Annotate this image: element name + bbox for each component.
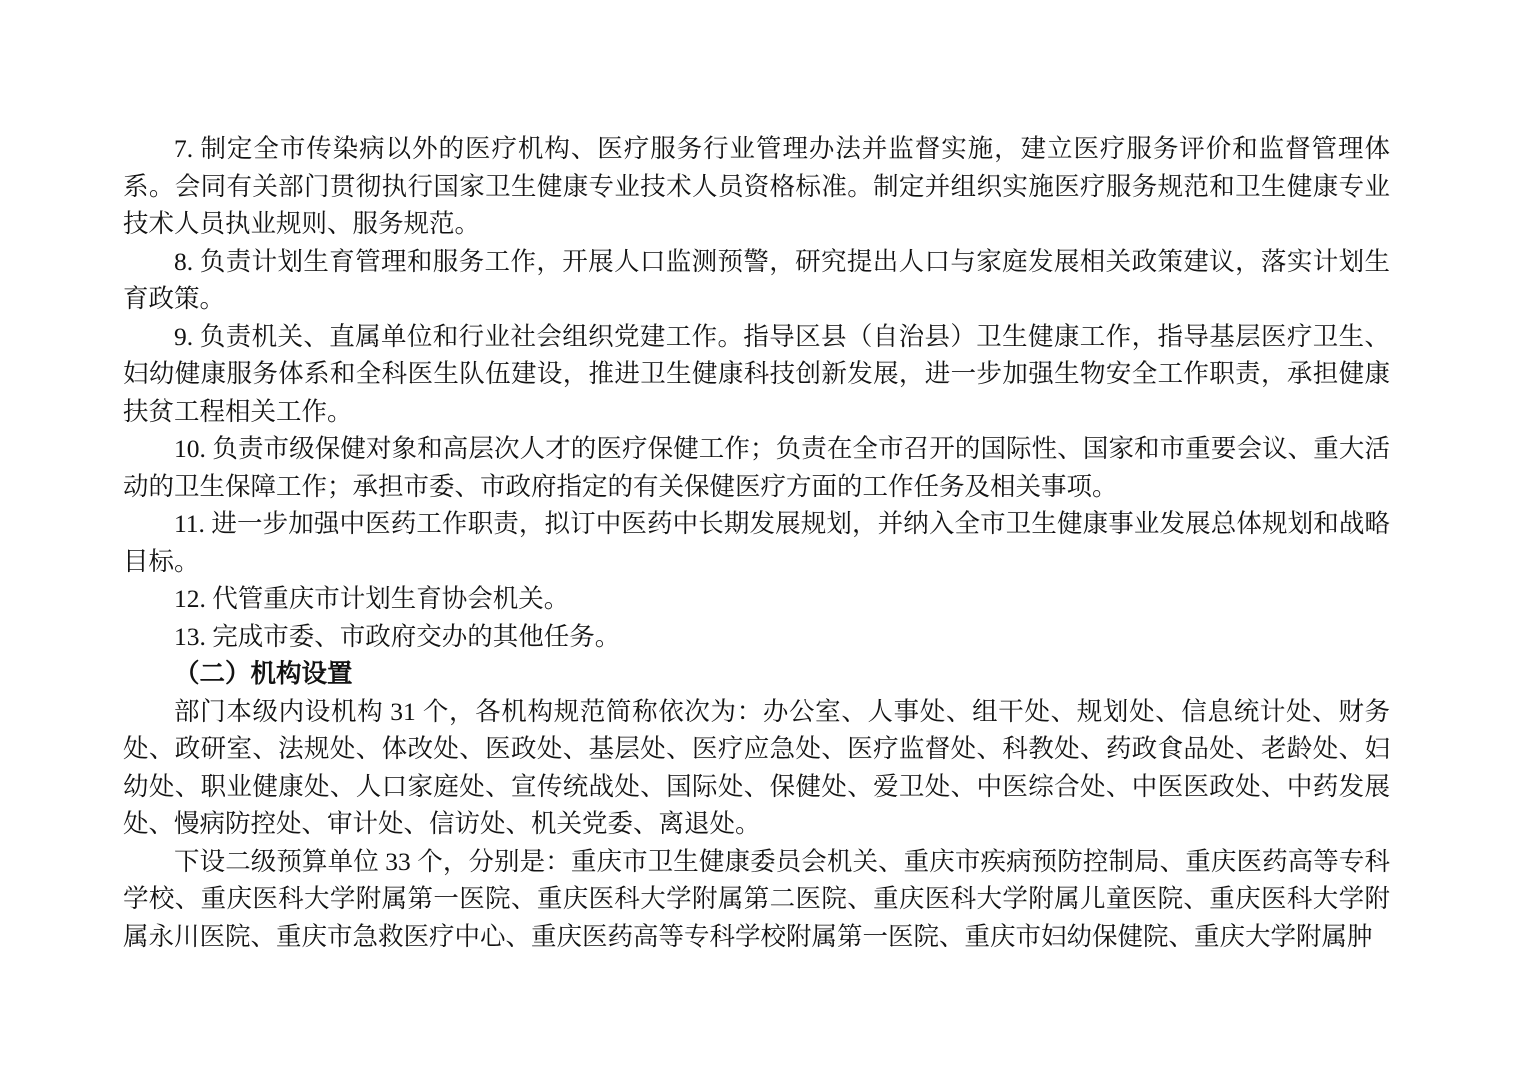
section-heading: （二）机构设置 xyxy=(123,655,1390,693)
body-paragraph: 下设二级预算单位 33 个，分别是：重庆市卫生健康委员会机关、重庆市疾病预防控制… xyxy=(123,843,1390,956)
body-paragraph: 11. 进一步加强中医药工作职责，拟订中医药中长期发展规划，并纳入全市卫生健康事… xyxy=(123,505,1390,580)
document-body: 7. 制定全市传染病以外的医疗机构、医疗服务行业管理办法并监督实施，建立医疗服务… xyxy=(123,130,1390,955)
body-paragraph: 12. 代管重庆市计划生育协会机关。 xyxy=(123,580,1390,618)
body-paragraph: 7. 制定全市传染病以外的医疗机构、医疗服务行业管理办法并监督实施，建立医疗服务… xyxy=(123,130,1390,243)
body-paragraph: 9. 负责机关、直属单位和行业社会组织党建工作。指导区县（自治县）卫生健康工作，… xyxy=(123,318,1390,431)
document-page: 7. 制定全市传染病以外的医疗机构、医疗服务行业管理办法并监督实施，建立医疗服务… xyxy=(0,0,1520,1074)
body-paragraph: 10. 负责市级保健对象和高层次人才的医疗保健工作；负责在全市召开的国际性、国家… xyxy=(123,430,1390,505)
body-paragraph: 部门本级内设机构 31 个，各机构规范简称依次为：办公室、人事处、组干处、规划处… xyxy=(123,693,1390,843)
body-paragraph: 8. 负责计划生育管理和服务工作，开展人口监测预警，研究提出人口与家庭发展相关政… xyxy=(123,243,1390,318)
body-paragraph: 13. 完成市委、市政府交办的其他任务。 xyxy=(123,618,1390,656)
